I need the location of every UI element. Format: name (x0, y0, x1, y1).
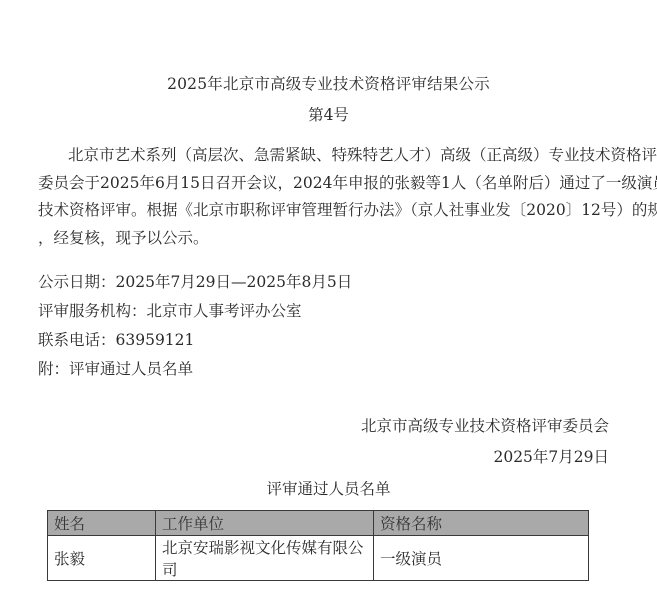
body-line: 技术资格评审。根据《北京市职称评审管理暂行办法》（京人社事业发〔2020〕12号… (38, 197, 606, 225)
document-number: 第4号 (0, 103, 657, 125)
cell-employer: 北京安瑞影视文化传媒有限公司 (156, 536, 374, 581)
contact-phone: 联系电话：63959121 (38, 328, 194, 350)
body-paragraph: 北京市艺术系列（高层次、急需紧缺、特殊特艺人才）高级（正高级）专业技术资格评审 … (38, 142, 606, 252)
table-row: 张毅 北京安瑞影视文化传媒有限公司 一级演员 (48, 536, 589, 581)
signature-committee: 北京市高级专业技术资格评审委员会 (361, 414, 609, 436)
body-line: ，经复核，现予以公示。 (38, 225, 606, 253)
cell-qualification: 一级演员 (374, 536, 589, 581)
attachment-note: 附：评审通过人员名单 (38, 357, 193, 379)
signature-date: 2025年7月29日 (493, 445, 609, 467)
roster-table: 姓名 工作单位 资格名称 张毅 北京安瑞影视文化传媒有限公司 一级演员 (47, 510, 589, 581)
column-header-name: 姓名 (48, 511, 156, 536)
body-line: 北京市艺术系列（高层次、急需紧缺、特殊特艺人才）高级（正高级）专业技术资格评审 (38, 142, 606, 170)
column-header-employer: 工作单位 (156, 511, 374, 536)
column-header-qualification: 资格名称 (374, 511, 589, 536)
publicity-period: 公示日期：2025年7月29日—2025年8月5日 (38, 270, 352, 292)
table-header-row: 姓名 工作单位 资格名称 (48, 511, 589, 536)
roster-title: 评审通过人员名单 (0, 477, 657, 499)
document-title: 2025年北京市高级专业技术资格评审结果公示 (0, 72, 657, 94)
body-line: 委员会于2025年6月15日召开会议，2024年申报的张毅等1人（名单附后）通过… (38, 170, 606, 198)
cell-name: 张毅 (48, 536, 156, 581)
service-agency: 评审服务机构：北京市人事考评办公室 (38, 299, 302, 321)
